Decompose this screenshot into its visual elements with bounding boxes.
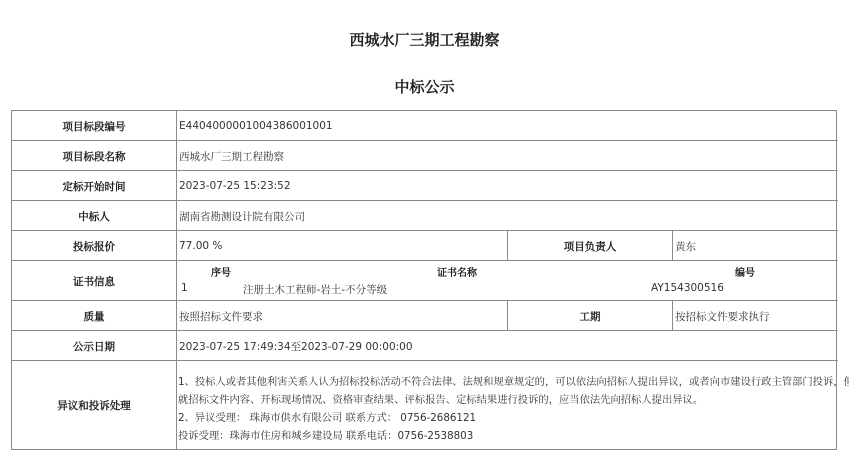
objection-line-4: 投诉受理：珠海市住房和城乡建设局 联系电话：0756-2538803 [178, 427, 473, 446]
objection-line-3: 2、异议受理： 珠海市供水有限公司 联系方式： 0756-2686121 [178, 409, 476, 428]
objection-line-2: 就招标文件内容、开标现场情况、资格审查结果、评标报告、定标结果进行投诉的，应当依… [178, 391, 703, 410]
bid-price-value: 77.00 % [177, 231, 507, 261]
award-notice-table: 项目标段编号 E4404000001004386001001 项目标段名称 西城… [11, 110, 837, 450]
cert-header-index: 序号 [211, 264, 231, 279]
cert-header-number: 编号 [735, 264, 755, 279]
cert-item-name: 注册土木工程师-岩土-不分等级 [243, 282, 387, 297]
project-title: 西城水厂三期工程勘察 [0, 29, 849, 50]
publicity-date-label: 公示日期 [12, 331, 176, 361]
section-name-label: 项目标段名称 [12, 141, 176, 171]
objection-line-1: 1、投标人或者其他利害关系人认为招标投标活动不符合法律、法规和规章规定的，可以依… [178, 373, 849, 392]
section-name-value: 西城水厂三期工程勘察 [177, 141, 837, 171]
cert-header-name: 证书名称 [437, 264, 477, 279]
notice-title: 中标公示 [0, 76, 849, 97]
award-start-label: 定标开始时间 [12, 171, 176, 201]
duration-value: 按招标文件要求执行 [673, 301, 837, 331]
quality-label: 质量 [12, 301, 176, 331]
manager-value: 黄东 [673, 231, 837, 261]
manager-label: 项目负责人 [508, 231, 672, 261]
section-code-label: 项目标段编号 [12, 111, 176, 141]
duration-label: 工期 [508, 301, 672, 331]
winner-value: 湖南省勘测设计院有限公司 [177, 201, 837, 231]
cert-item-number: AY154300516 [651, 282, 724, 294]
winner-label: 中标人 [12, 201, 176, 231]
objection-label: 异议和投诉处理 [12, 361, 176, 449]
quality-value: 按照招标文件要求 [177, 301, 507, 331]
section-code-value: E4404000001004386001001 [177, 111, 837, 141]
bid-price-label: 投标报价 [12, 231, 176, 261]
cert-item-index: 1 [181, 282, 188, 294]
award-start-value: 2023-07-25 15:23:52 [177, 171, 837, 201]
certificate-label: 证书信息 [12, 261, 176, 301]
publicity-date-value: 2023-07-25 17:49:34至2023-07-29 00:00:00 [177, 331, 837, 361]
